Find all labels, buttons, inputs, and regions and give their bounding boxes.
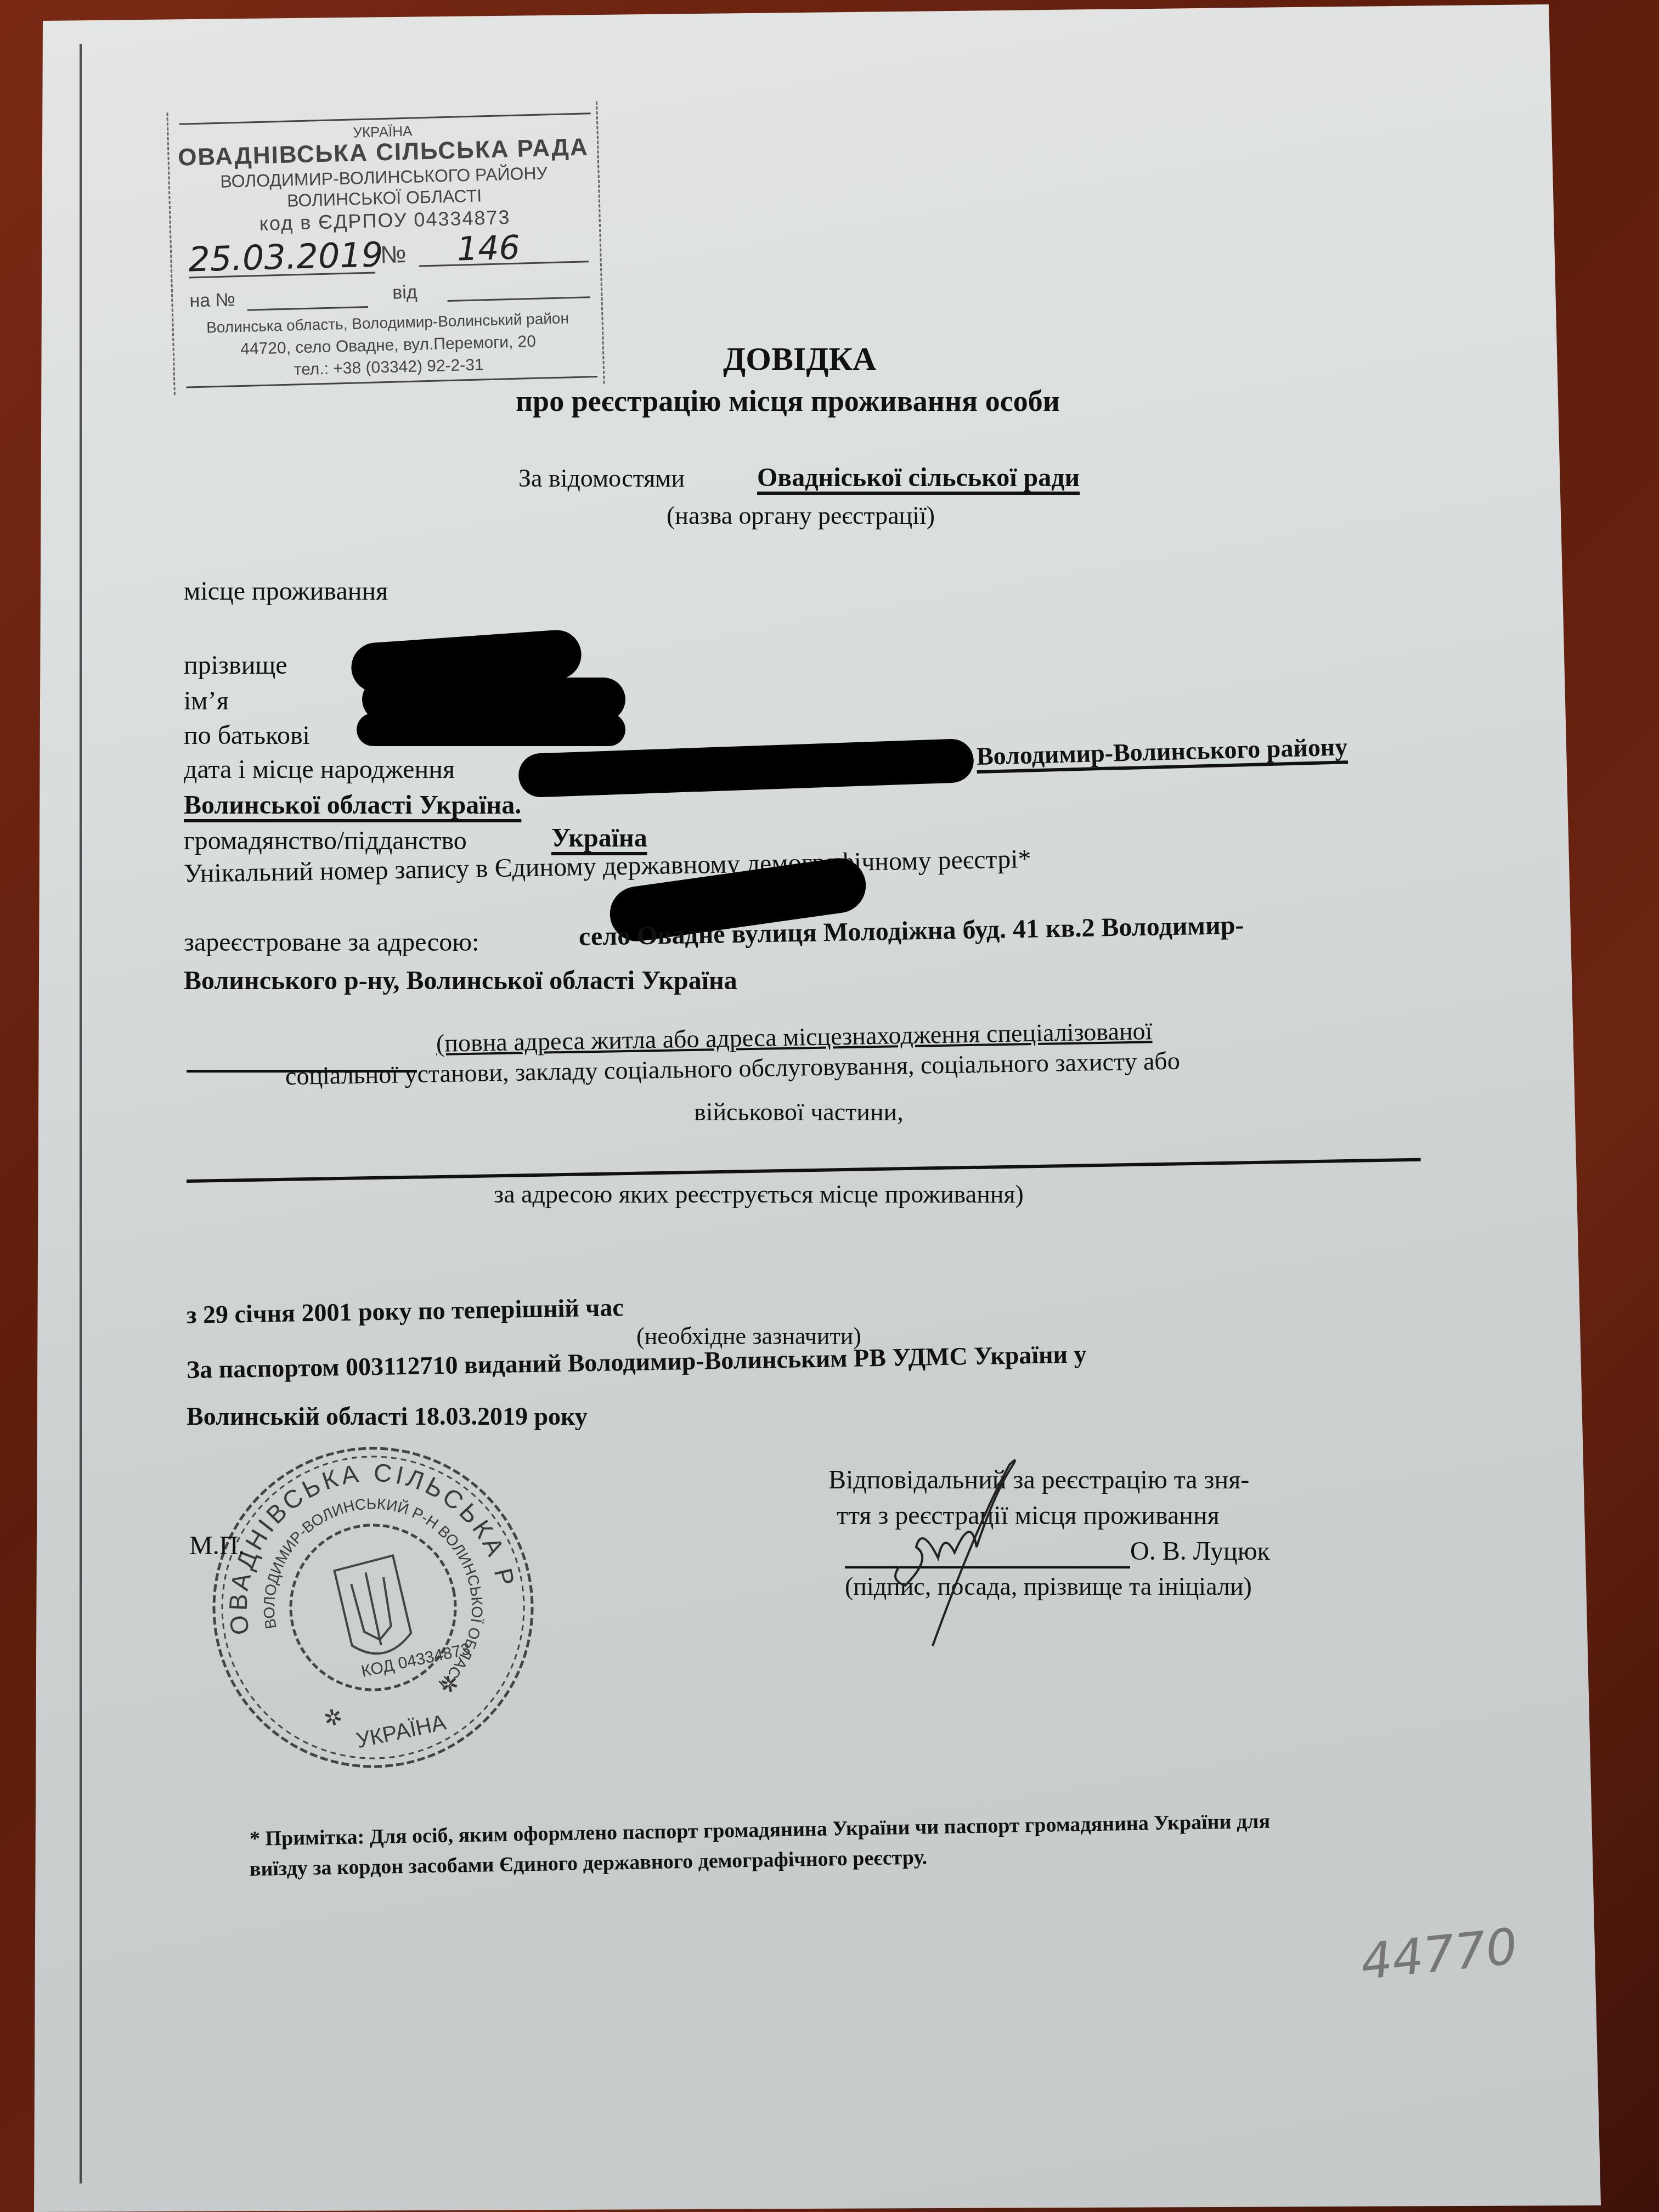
authority-label: За відомостями: [518, 464, 685, 493]
margin-line: [80, 44, 82, 2183]
name-label: ім’я: [184, 686, 229, 716]
address-caption-3: військової частини,: [694, 1097, 904, 1126]
birth-value-tail: Володимир-Волинського району: [976, 732, 1348, 771]
corner-stamp: УКРАЇНА ОВАДНІВСЬКА СІЛЬСЬКА РАДА ВОЛОДИ…: [166, 101, 605, 395]
address-caption-4: за адресою яких реєструється місце прожи…: [494, 1180, 1024, 1209]
surname-label: прізвище: [184, 650, 287, 680]
document-title: ДОВІДКА: [723, 340, 876, 378]
residence-label: місце проживання: [184, 576, 388, 606]
signer-name: О. В. Луцюк: [1130, 1536, 1270, 1566]
official-seal: ОВАДНІВСЬКА СІЛЬСЬКА РАДА ВОЛОДИМИР-ВОЛИ…: [171, 1406, 574, 1809]
citizenship-label: громадянство/підданство: [184, 826, 467, 856]
handwritten-signature: [867, 1448, 1086, 1660]
handwritten-note: 44770: [1358, 1917, 1520, 1991]
birth-label: дата і місце народження: [184, 754, 455, 785]
footnote-line-1: * Примітка: Для осіб, яким оформлено пас…: [250, 1809, 1271, 1851]
authority-caption: (назва органу реєстрації): [667, 501, 935, 530]
address-label: зареєстроване за адресою:: [184, 927, 479, 957]
stamp-ref-label: на №: [189, 289, 236, 312]
redacted-patronymic: [357, 713, 625, 746]
address-value-2: Волинського р-ну, Волинської області Укр…: [184, 966, 737, 996]
stamp-ref-from-label: від: [392, 282, 417, 304]
patronymic-label: по батькові: [184, 720, 310, 751]
authority-value: Овадніської сільської ради: [757, 462, 1080, 493]
passport-line-2: Волинській області 18.03.2019 року: [187, 1402, 588, 1431]
address-caption-2: соціальної установи, закладу соціального…: [285, 1046, 1181, 1091]
document-sheet: УКРАЇНА ОВАДНІВСЬКА СІЛЬСЬКА РАДА ВОЛОДИ…: [0, 0, 1659, 2212]
citizenship-value: Україна: [551, 823, 647, 853]
svg-text:✲: ✲: [321, 1705, 345, 1732]
footnote-line-2: виїзду за кордон засобами Єдиного держав…: [250, 1845, 928, 1881]
redacted-birth: [518, 738, 974, 798]
stamp-number-label: №: [380, 241, 407, 269]
mp-label: М.П.: [189, 1531, 245, 1561]
seal-bottom: УКРАЇНА: [354, 1710, 448, 1753]
period-value: з 29 січня 2001 року по теперішній час: [187, 1293, 624, 1329]
document-subtitle: про реєстрацію місця проживання особи: [516, 384, 1060, 418]
birth-value-line2: Волинської області Україна.: [184, 790, 521, 820]
